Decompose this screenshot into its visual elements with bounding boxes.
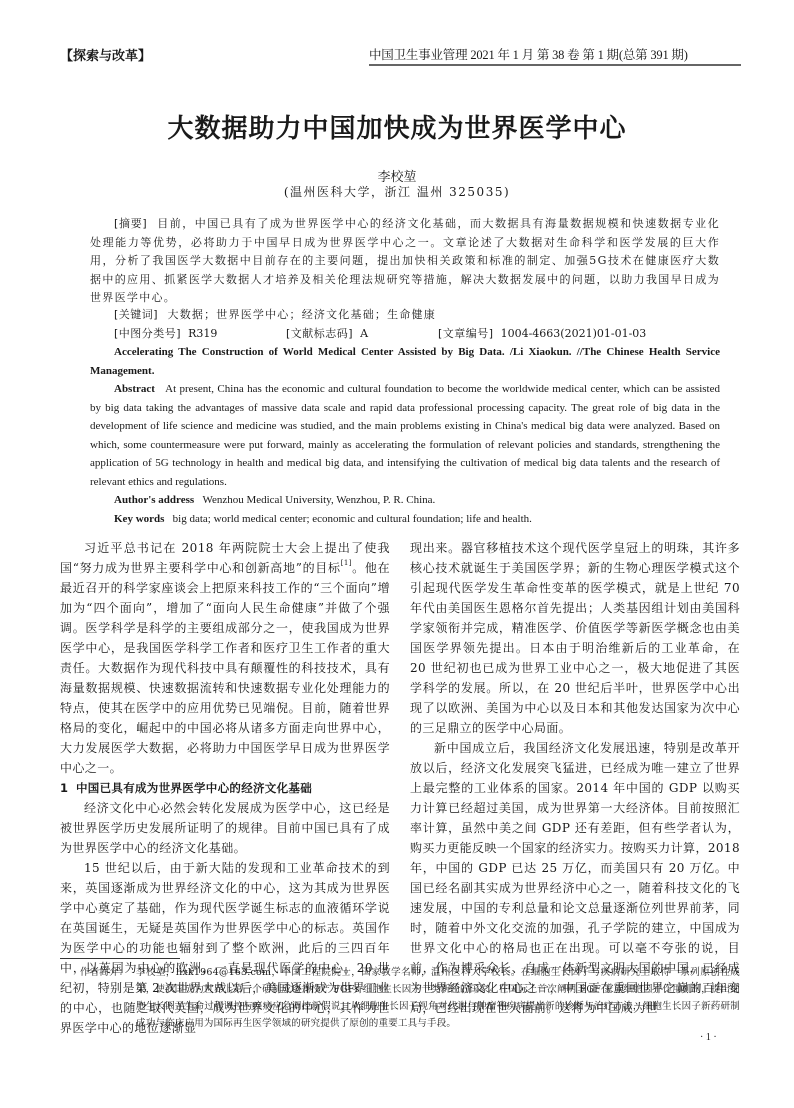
author-address: Author's address Wenzhou Medical Univers…	[90, 491, 720, 510]
doc-code-value: A	[360, 327, 368, 340]
body-paragraph: 现出来。器官移植技术这个现代医学皇冠上的明珠，其许多核心技术就诞生于美国医学界；…	[410, 538, 740, 738]
abstract-label: [摘要]	[114, 217, 147, 230]
english-keywords-text: big data; world medical center; economic…	[173, 513, 532, 525]
abstract-text: 目前，中国已具有了成为世界医学中心的经济文化基础，而大数据具有海量数据规模和快速…	[90, 217, 720, 304]
paragraph-text: 习近平总书记在 2018 年两院院士大会上提出了使我国“努力成为世界主要科学中心…	[60, 541, 390, 575]
journal-header: 中国卫生事业管理 2021 年 1 月 第 38 卷 第 1 期(总第 391 …	[369, 45, 741, 66]
section-tag: 【探索与改革】	[60, 45, 151, 64]
footnote-divider	[60, 958, 180, 959]
doc-code-label: [文献标志码]	[286, 327, 353, 340]
keywords-text: 大数据；世界医学中心；经济文化基础；生命健康	[168, 308, 436, 321]
paragraph-text: 。他在最近召开的科学家座谈会上把原来科技工作的“三个面向”增加为“四个面向”，增…	[60, 561, 390, 775]
clc-label: [中图分类号]	[114, 327, 181, 340]
page-number: · 1 ·	[700, 1032, 717, 1043]
chinese-keywords: [关键词] 大数据；世界医学中心；经济文化基础；生命健康	[114, 306, 436, 322]
body-paragraph: 习近平总书记在 2018 年两院院士大会上提出了使我国“努力成为世界主要科学中心…	[60, 538, 390, 778]
body-column-right: 现出来。器官移植技术这个现代医学皇冠上的明珠，其许多核心技术就诞生于美国医学界；…	[410, 538, 740, 1018]
keywords-label: [关键词]	[114, 308, 158, 321]
clc-value: R319	[188, 327, 217, 340]
section-title: 中国已具有成为世界医学中心的经济文化基础	[76, 781, 312, 795]
english-keywords: Key words big data; world medical center…	[90, 510, 720, 529]
footnote-text: 李校堃，lixk1964@163.com，中国工程院院士，国家教学名师，温州医科…	[136, 964, 740, 1032]
author-footnote: 作者简介： 李校堃，lixk1964@163.com，中国工程院院士，国家教学名…	[80, 964, 740, 1032]
body-paragraph: 经济文化中心必然会转化发展成为医学中心，这已经是被世界医学历史发展所证明了的规律…	[60, 798, 390, 858]
body-column-left: 习近平总书记在 2018 年两院院士大会上提出了使我国“努力成为世界主要科学中心…	[60, 538, 390, 1038]
section-number: 1	[60, 778, 76, 798]
english-abstract-label: Abstract	[114, 383, 155, 395]
english-keywords-label: Key words	[114, 513, 164, 525]
article-title: 大数据助力中国加快成为世界医学中心	[0, 108, 794, 145]
chinese-abstract: [摘要] 目前，中国已具有了成为世界医学中心的经济文化基础，而大数据具有海量数据…	[90, 215, 720, 308]
english-title: Accelerating The Construction of World M…	[90, 343, 720, 380]
article-no-value: 1004-4663(2021)01-01-03	[501, 327, 647, 340]
author-affiliation: (温州医科大学，浙江 温州 325035)	[0, 183, 794, 200]
citation-ref[interactable]: [1]	[341, 559, 352, 567]
english-abstract: Abstract At present, China has the econo…	[90, 380, 720, 491]
author-address-label: Author's address	[114, 494, 194, 506]
english-abstract-block: Accelerating The Construction of World M…	[90, 343, 720, 528]
article-no-label: [文章编号]	[438, 327, 494, 340]
english-abstract-text: At present, China has the economic and c…	[90, 383, 720, 488]
section-heading-1: 1中国已具有成为世界医学中心的经济文化基础	[60, 778, 390, 798]
author-address-text: Wenzhou Medical University, Wenzhou, P. …	[202, 494, 435, 506]
footnote-label: 作者简介：	[80, 964, 129, 981]
